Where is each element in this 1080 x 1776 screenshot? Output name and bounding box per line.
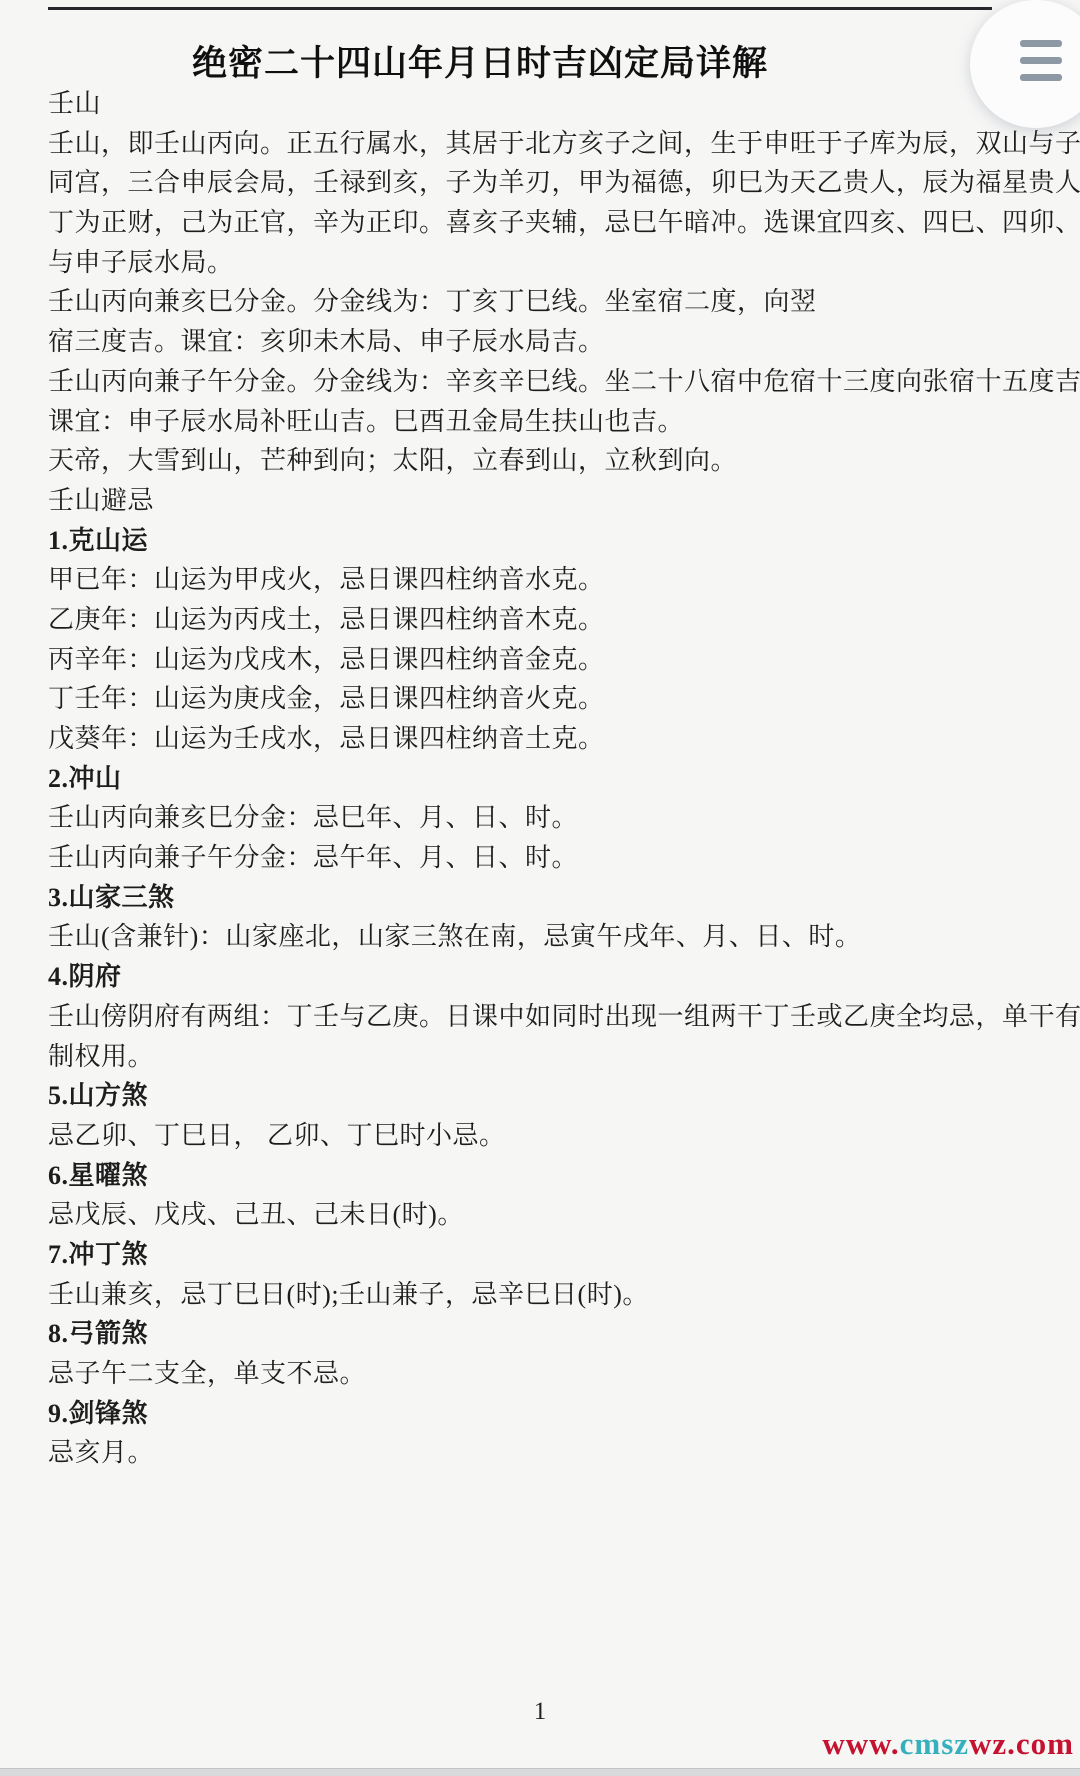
page-title: 绝密二十四山年月日时吉凶定局详解 bbox=[0, 36, 960, 86]
document-line: 3.山家三煞 bbox=[48, 878, 1040, 918]
document-line: 忌戊辰、戊戌、己丑、己未日(时)。 bbox=[48, 1195, 1040, 1235]
document-line: 课宜：申子辰水局补旺山吉。巳酉丑金局生扶山也吉。 bbox=[48, 402, 1040, 442]
document-line: 丁壬年：山运为庚戌金，忌日课四柱纳音火克。 bbox=[48, 679, 1040, 719]
document-line: 忌子午二支全，单支不忌。 bbox=[48, 1354, 1040, 1394]
watermark-segment: www. bbox=[822, 1726, 899, 1761]
document-line: 壬山丙向兼子午分金：忌午年、月、日、时。 bbox=[48, 838, 1040, 878]
document-line: 4.阴府 bbox=[48, 957, 1040, 997]
document-line: 壬山避忌 bbox=[48, 481, 1040, 521]
watermark-segment: cmsz bbox=[900, 1726, 969, 1761]
document-line: 9.剑锋煞 bbox=[48, 1394, 1040, 1434]
hamburger-bar bbox=[1020, 74, 1062, 81]
document-line: 壬山傍阴府有两组：丁壬与乙庚。日课中如同时出现一组两干丁壬或乙庚全均忌，单干有 bbox=[48, 997, 1040, 1037]
document-line: 1.克山运 bbox=[48, 521, 1040, 561]
document-line: 壬山兼亥，忌丁巳日(时);壬山兼子，忌辛巳日(时)。 bbox=[48, 1275, 1040, 1315]
document-line: 宿三度吉。课宜：亥卯未木局、申子辰水局吉。 bbox=[48, 322, 1040, 362]
watermark: www.cmszwz.com bbox=[822, 1726, 1074, 1762]
document-line: 天帝，大雪到山，芒种到向；太阳，立春到山，立秋到向。 bbox=[48, 441, 1040, 481]
document-line: 2.冲山 bbox=[48, 759, 1040, 799]
document-line: 忌乙卯、丁巳日， 乙卯、丁巳时小忌。 bbox=[48, 1116, 1040, 1156]
document-line: 7.冲丁煞 bbox=[48, 1235, 1040, 1275]
document-line: 丙辛年：山运为戊戌木，忌日课四柱纳音金克。 bbox=[48, 640, 1040, 680]
document-line: 乙庚年：山运为丙戌土，忌日课四柱纳音木克。 bbox=[48, 600, 1040, 640]
page-top-rule bbox=[48, 7, 992, 10]
hamburger-bar bbox=[1020, 40, 1062, 47]
document-line: 壬山丙向兼亥巳分金：忌巳年、月、日、时。 bbox=[48, 798, 1040, 838]
document-body: 壬山壬山，即壬山丙向。正五行属水，其居于北方亥子之间，生于申旺于子库为辰，双山与… bbox=[48, 84, 1040, 1473]
document-line: 与申子辰水局。 bbox=[48, 243, 1040, 283]
document-line: 戊葵年：山运为壬戌水，忌日课四柱纳音土克。 bbox=[48, 719, 1040, 759]
document-line: 丁为正财，己为正官，辛为正印。喜亥子夹辅，忌巳午暗冲。选课宜四亥、四巳、四卯、 bbox=[48, 203, 1040, 243]
document-line: 5.山方煞 bbox=[48, 1076, 1040, 1116]
document-line: 甲已年：山运为甲戌火，忌日课四柱纳音水克。 bbox=[48, 560, 1040, 600]
watermark-segment: wz.com bbox=[969, 1726, 1074, 1761]
page-number: 1 bbox=[0, 1698, 1080, 1726]
hamburger-bar bbox=[1020, 57, 1062, 64]
document-line: 同宫，三合申辰会局，壬禄到亥，子为羊刃，甲为福德，卯巳为天乙贵人，辰为福星贵人， bbox=[48, 163, 1040, 203]
document-line: 壬山 bbox=[48, 84, 1040, 124]
document-line: 壬山丙向兼子午分金。分金线为：辛亥辛巳线。坐二十八宿中危宿十三度向张宿十五度吉。 bbox=[48, 362, 1040, 402]
document-line: 壬山丙向兼亥巳分金。分金线为：丁亥丁巳线。坐室宿二度，向翌 bbox=[48, 282, 1040, 322]
document-line: 制权用。 bbox=[48, 1037, 1040, 1077]
document-line: 忌亥月。 bbox=[48, 1433, 1040, 1473]
document-line: 8.弓箭煞 bbox=[48, 1314, 1040, 1354]
document-line: 6.星曜煞 bbox=[48, 1156, 1040, 1196]
document-line: 壬山(含兼针)：山家座北，山家三煞在南，忌寅午戌年、月、日、时。 bbox=[48, 917, 1040, 957]
bottom-bar bbox=[0, 1768, 1080, 1776]
document-line: 壬山，即壬山丙向。正五行属水，其居于北方亥子之间，生于申旺于子库为辰，双山与子 bbox=[48, 124, 1040, 164]
